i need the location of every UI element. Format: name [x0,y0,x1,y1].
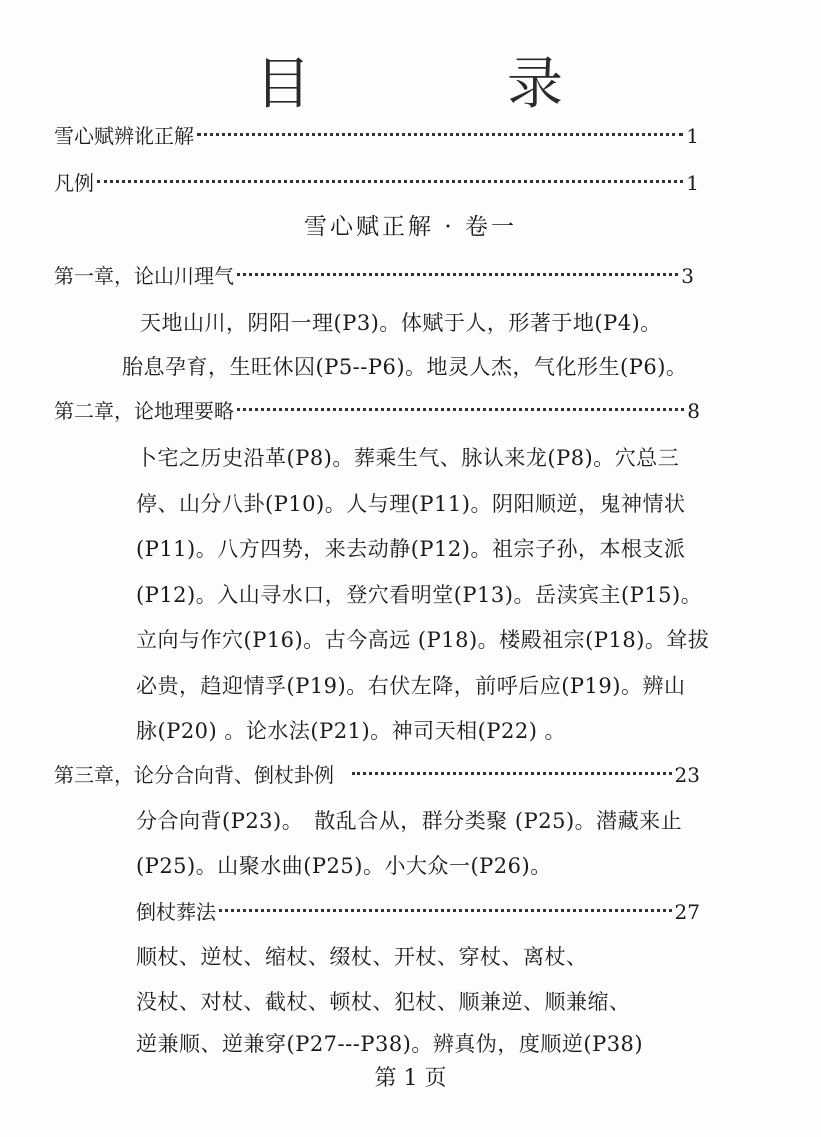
toc-chapter-1: 第一章，论山川理气 3 [54,262,694,290]
chapter-page: 8 [687,397,700,425]
chapter-label: 第二章，论地理要略 [54,397,234,425]
toc-entry-label: 雪心赋辨讹正解 [54,122,194,150]
chapter-2-line-4: (P12)。入山寻水口，登穴看明堂(P13)。岳渎宾主(P15)。 [136,580,702,610]
chapter-3-line-2: (P25)。山聚水曲(P25)。小大众一(P26)。 [136,851,552,881]
dot-leader [352,772,672,775]
chapter-3-line-1: 分合向背(P23)。 散乱合从，群分类聚 (P25)。潜藏来止 [136,806,682,836]
chapter-page: 23 [675,761,700,789]
chapter-2-line-3: (P11)。八方四势，来去动静(P12)。祖宗子孙，本根支派 [136,534,685,564]
page-number-footer: 第 1 页 [0,1064,821,1094]
toc-entry-page: 1 [686,169,699,197]
title-char-1: 目 [255,50,311,120]
chapter-1-line-2: 胎息孕育，生旺休囚(P5--P6)。地灵人杰，气化形生(P6)。 [122,352,687,382]
chapter-label: 第三章，论分合向背、倒杖卦例 [54,761,334,789]
chapter-2-line-1: 卜宅之历史沿革(P8)。葬乘生气、脉认来龙(P8)。穴总三 [136,443,679,473]
toc-chapter-3: 第三章，论分合向背、倒杖卦例 23 [54,761,700,789]
subsection-line-1: 顺杖、逆杖、缩杖、缀杖、开杖、穿杖、离杖、 [136,942,588,972]
chapter-2-line-5: 立向与作穴(P16)。古今高远 (P18)。楼殿祖宗(P18)。耸拔 [136,625,709,655]
title-char-2: 录 [507,50,563,120]
page-title: 目 录 [0,50,821,120]
chapter-label: 第一章，论山川理气 [54,262,234,290]
dot-leader [237,273,678,276]
toc-entry-fanli: 凡例 1 [54,169,699,197]
toc-entry-bianezhengjie: 雪心赋辨讹正解 1 [54,122,699,150]
toc-entry-label: 凡例 [54,169,94,197]
chapter-2-line-6: 必贵，趋迎情孚(P19)。右伏左降，前呼后应(P19)。辨山 [136,671,685,701]
dot-leader [237,408,684,411]
toc-subsection-daozhang: 倒杖葬法 27 [136,898,700,926]
subsection-line-2: 没杖、对杖、截杖、顿杖、犯杖、顺兼逆、顺兼缩、 [136,987,631,1017]
dot-leader [219,909,672,912]
dot-leader [97,180,683,183]
subsection-page: 27 [675,898,700,926]
volume-heading: 雪心赋正解 · 卷一 [0,212,821,242]
scanned-page: 目 录 雪心赋辨讹正解 1 凡例 1 雪心赋正解 · 卷一 第一章，论山川理气 … [0,0,821,1137]
dot-leader [197,133,683,136]
chapter-2-line-7: 脉(P20) 。论水法(P21)。神司天相(P22) 。 [136,716,566,746]
subsection-line-3: 逆兼顺、逆兼穿(P27---P38)。辨真伪，度顺逆(P38) [136,1029,643,1059]
subsection-label: 倒杖葬法 [136,898,216,926]
toc-chapter-2: 第二章，论地理要略 8 [54,397,700,425]
chapter-2-line-2: 停、山分八卦(P10)。人与理(P11)。阴阳顺逆，鬼神情状 [136,489,685,519]
chapter-1-line-1: 天地山川，阴阳一理(P3)。体赋于人，形著于地(P4)。 [140,308,662,338]
toc-entry-page: 1 [686,122,699,150]
chapter-page: 3 [681,262,694,290]
